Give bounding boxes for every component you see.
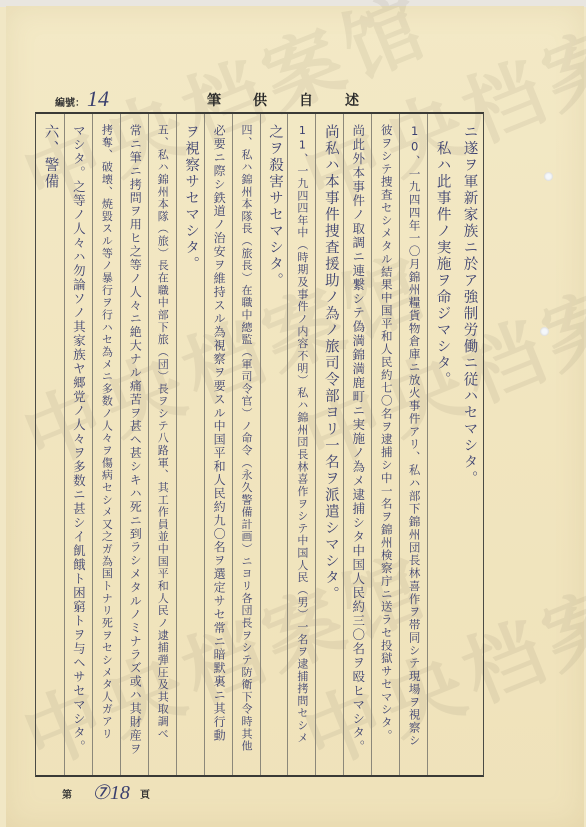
column-text: 11、一九四四年中（時期及事件ノ内容不明）私ハ錦州団長林喜作ヲシテ中国人民（男）… (289, 124, 316, 744)
column-text: 10、一九四四年一〇月錦州糧貨物倉庫ニ放火事件アリ、私ハ部下錦州団長林喜作ヲ帯同… (401, 124, 428, 747)
serial-label: 編號： (55, 94, 85, 109)
text-column: マシタ。之等ノ人々ハ勿論ソノ其家族ヤ郷党ノ人々ヲ多数ニ甚シイ飢餓ト困窮トヲ与ヘサ… (64, 114, 93, 775)
text-column: 拷奪、破壊、焼毀スル等ノ暴行ヲ行ハセ為メニ多数ノ人々ヲ傷病セシメ又之ガ為国トナリ… (92, 114, 121, 775)
column-text: 常ニ筆ニ拷問ヲ用ヒ之等ノ人々ニ絶大ナル痛苦ヲ甚ヘ甚シキハ死ニ到ラシメタルノミナラ… (121, 124, 148, 756)
title-char: 自 (299, 90, 313, 110)
text-column: 五、私ハ錦州本隊（旅）長在職中部下旅（団）長ヲシテ八路軍、其工作員並中国平和人民… (148, 114, 177, 775)
column-text: 必要ニ際シ鉄道ノ治安ヲ維持スル為視察ヲ要スル中国平和人民約九〇名ヲ選定サセ常ニ暗… (205, 124, 232, 742)
column-text: 六、警備 (36, 124, 63, 190)
ruled-column-grid: ニ遂ヲ軍新家族ニ於ア強制労働ニ従ハセマシタ。 私ハ此事件ノ実施ヲ命ジマシタ。10… (35, 112, 484, 777)
column-text: 拷奪、破壊、焼毀スル等ノ暴行ヲ行ハセ為メニ多数ノ人々ヲ傷病セシメ又之ガ為国トナリ… (93, 124, 120, 740)
column-text: 四、私ハ錦州本隊長（旅長）在職中總監（軍司令官）ノ命令（永久警備計画）ニヨリ各団… (233, 124, 260, 752)
text-column: ヲ視察サセマシタ。 (176, 114, 205, 775)
punch-hole-icon (544, 172, 553, 181)
text-column: 私ハ此事件ノ実施ヲ命ジマシタ。 (427, 114, 456, 775)
text-column: 六、警備 (36, 114, 64, 775)
text-column: 常ニ筆ニ拷問ヲ用ヒ之等ノ人々ニ絶大ナル痛苦ヲ甚ヘ甚シキハ死ニ到ラシメタルノミナラ… (120, 114, 149, 775)
title-char: 筆 (207, 90, 221, 110)
column-text: ニ遂ヲ軍新家族ニ於ア強制労働ニ従ハセマシタ。 (456, 124, 483, 487)
text-column: ニ遂ヲ軍新家族ニ於ア強制労働ニ従ハセマシタ。 (455, 114, 483, 775)
column-text: マシタ。之等ノ人々ハ勿論ソノ其家族ヤ郷党ノ人々ヲ多数ニ甚シイ飢餓ト困窮トヲ与ヘサ… (65, 124, 92, 754)
text-column: 四、私ハ錦州本隊長（旅長）在職中總監（軍司令官）ノ命令（永久警備計画）ニヨリ各団… (232, 114, 261, 775)
page-number: ⑦18 (92, 780, 130, 805)
title-char: 述 (345, 90, 359, 110)
serial-number: 14 (87, 86, 109, 112)
column-text: 彼ヲシテ捜査セシメタル結果中国平和人民約七〇名ヲ逮捕シ中一名ヲ錦州検察庁ニ送ラセ… (373, 124, 400, 742)
text-column: 10、一九四四年一〇月錦州糧貨物倉庫ニ放火事件アリ、私ハ部下錦州団長林喜作ヲ帯同… (399, 114, 428, 775)
text-column: 11、一九四四年中（時期及事件ノ内容不明）私ハ錦州団長林喜作ヲシテ中国人民（男）… (287, 114, 316, 775)
column-text: 私ハ此事件ノ実施ヲ命ジマシタ。 (429, 124, 456, 388)
page-prefix: 第 (62, 786, 72, 801)
text-column: 必要ニ際シ鉄道ノ治安ヲ維持スル為視察ヲ要スル中国平和人民約九〇名ヲ選定サセ常ニ暗… (204, 114, 233, 775)
column-text: 尚私ハ本事件捜査援助ノ為ノ旅司令部ヨリ一名ヲ派遣シマシタ。 (317, 124, 344, 603)
text-column: 之ヲ殺害サセマシタ。 (260, 114, 289, 775)
text-column: 尚此外本事件ノ取調ニ連繋シテ偽満錦満鹿町ニ実施ノ為メ逮捕シタ中国人民約三〇名ヲ殴… (343, 114, 372, 775)
column-text: ヲ視察サセマシタ。 (177, 124, 204, 273)
text-column: 尚私ハ本事件捜査援助ノ為ノ旅司令部ヨリ一名ヲ派遣シマシタ。 (315, 114, 344, 775)
punch-hole-icon (540, 327, 549, 336)
column-text: 五、私ハ錦州本隊（旅）長在職中部下旅（団）長ヲシテ八路軍、其工作員並中国平和人民… (149, 124, 176, 740)
column-text: 之ヲ殺害サセマシタ。 (261, 124, 288, 289)
title-char: 供 (253, 90, 267, 110)
column-text: 尚此外本事件ノ取調ニ連繋シテ偽満錦満鹿町ニ実施ノ為メ逮捕シタ中国人民約三〇名ヲ殴… (345, 124, 372, 754)
text-column: 彼ヲシテ捜査セシメタル結果中国平和人民約七〇名ヲ逮捕シ中一名ヲ錦州検察庁ニ送ラセ… (371, 114, 400, 775)
page-suffix: 頁 (140, 786, 150, 801)
document-header: 編號： 14 筆 供 自 述 (55, 88, 495, 110)
